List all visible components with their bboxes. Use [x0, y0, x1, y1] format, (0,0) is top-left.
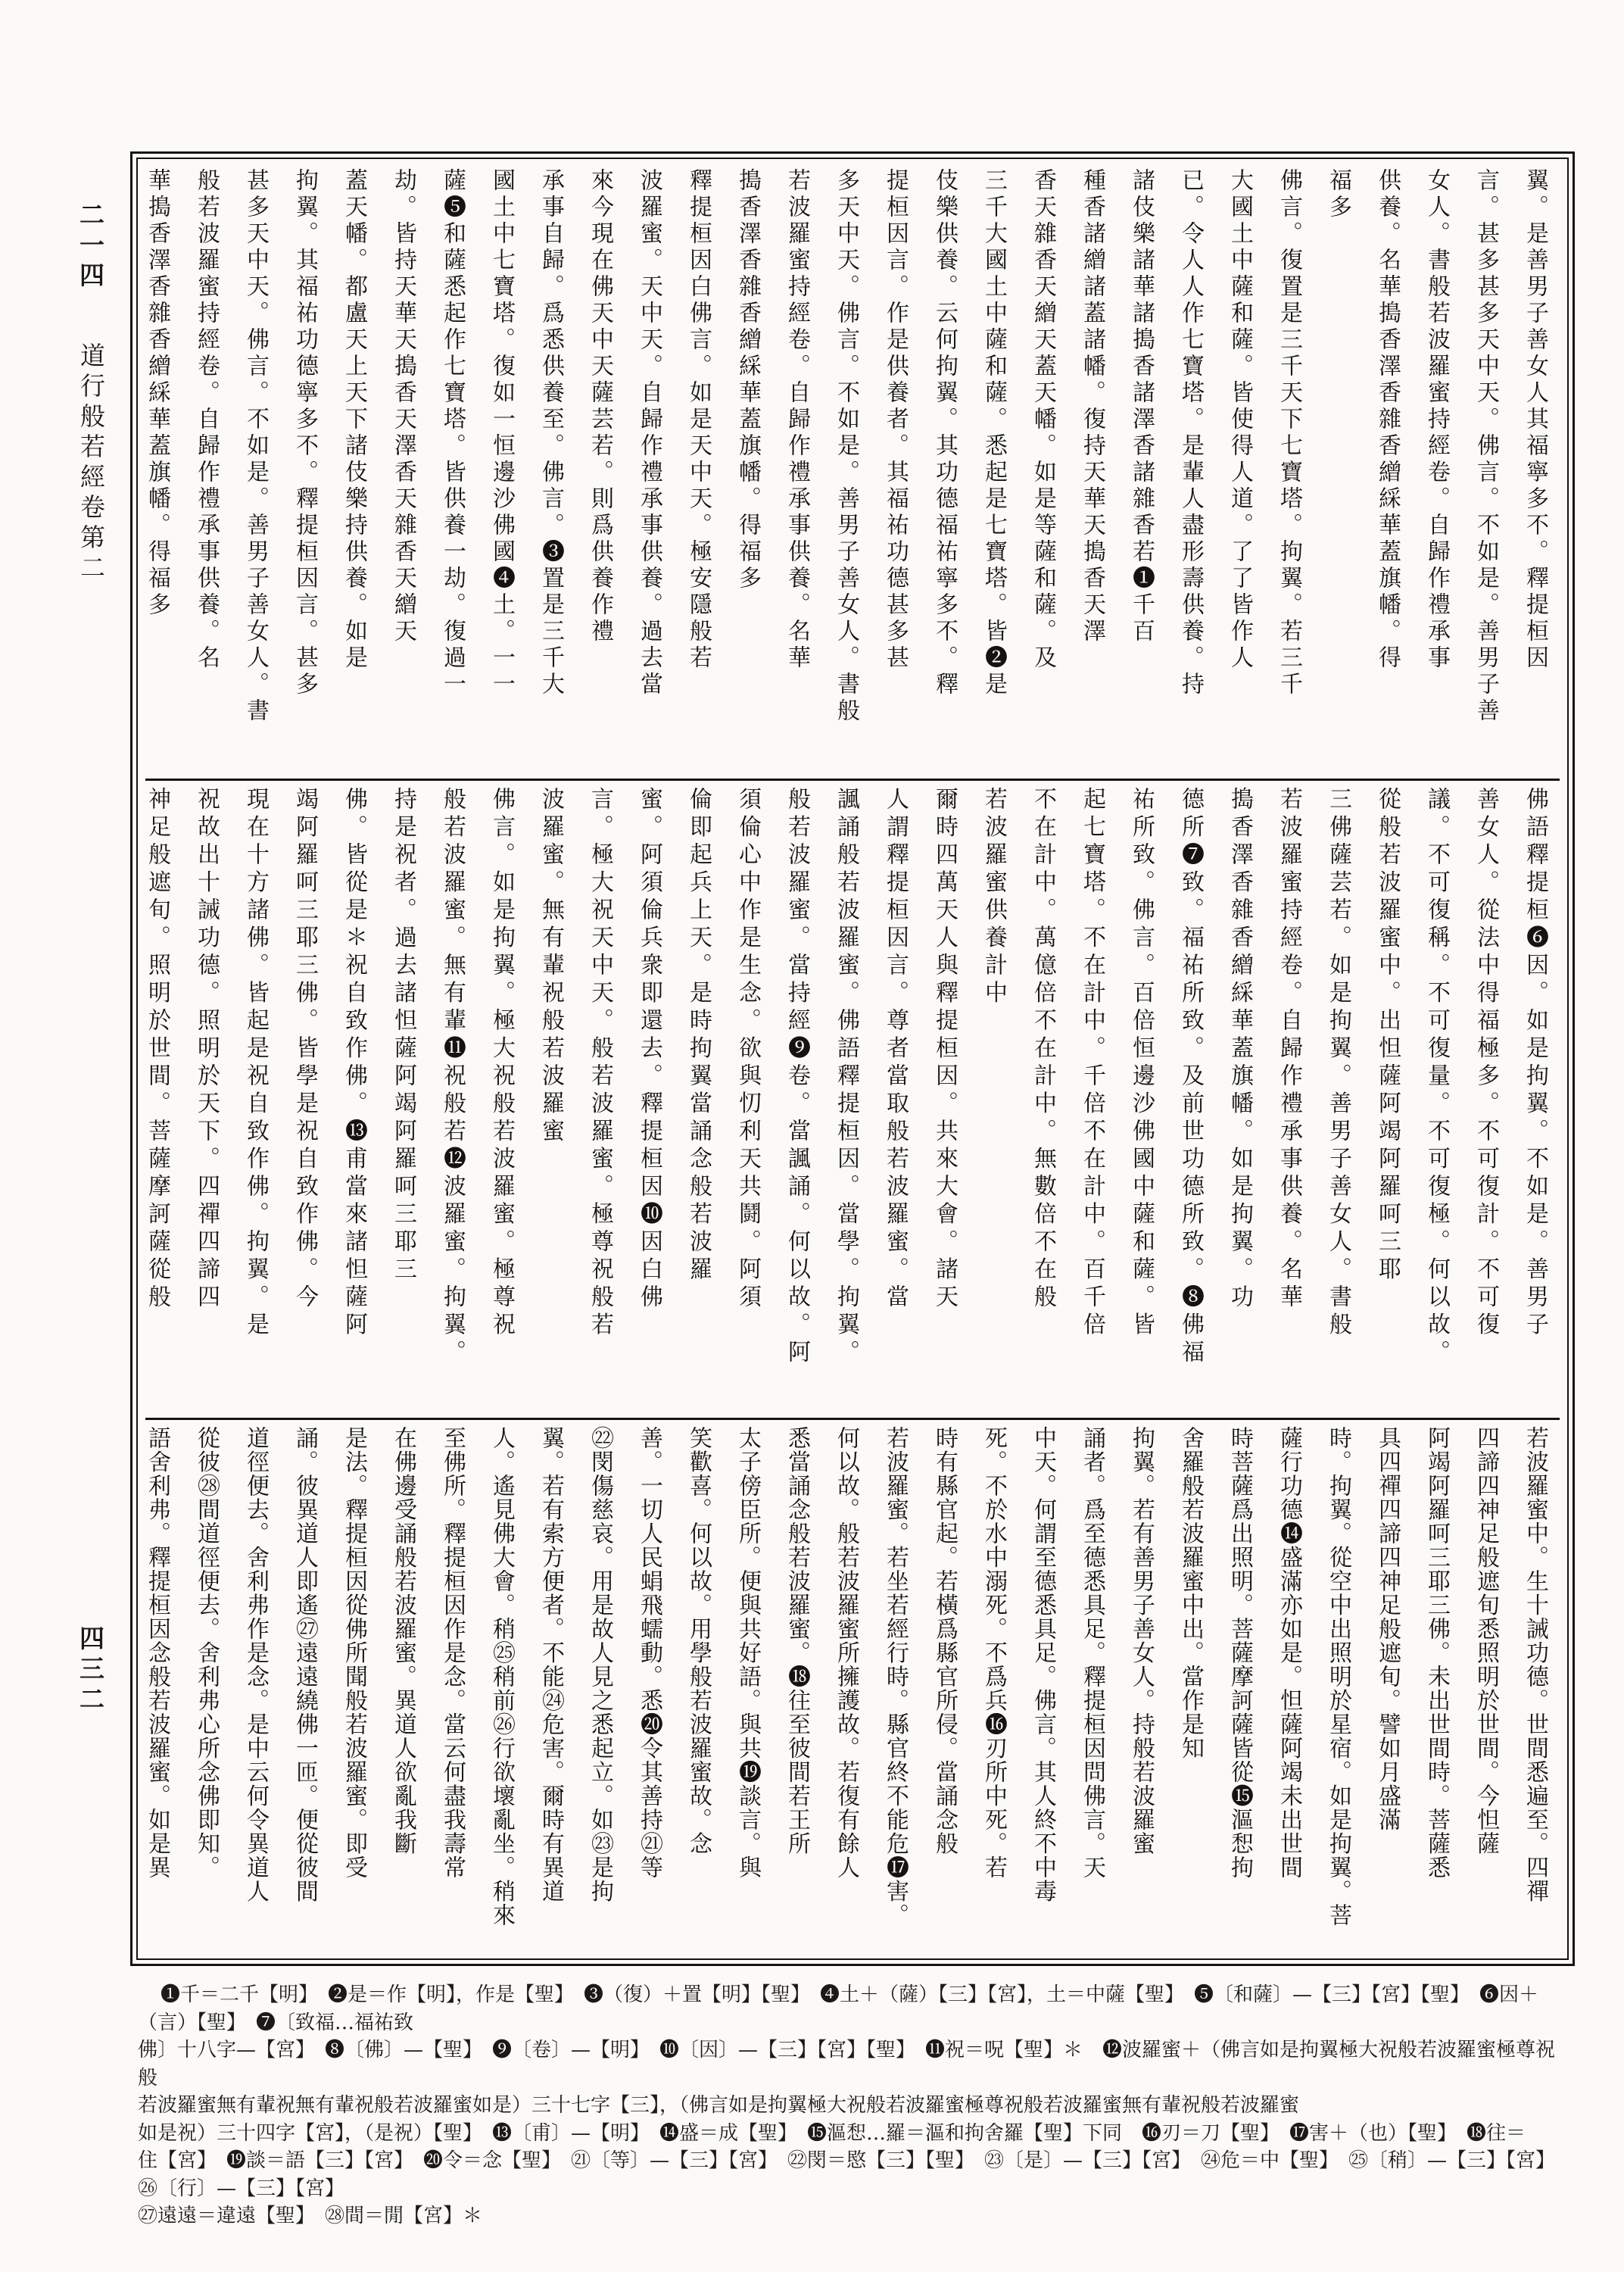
footnote-line: 住【宮】 ⓳談＝語【三】【宮】 ⓴令＝念【聖】 ㉑〔等〕—【三】【宮】 ㉒閔＝愍…: [138, 2147, 1573, 2202]
scanned-sutra-page: 二一四 道行般若經卷第二 四三二 翼。是善男子善女人其福寧多不。釋提桓因 言。甚…: [0, 0, 1624, 2272]
text-register-bottom: 若波羅蜜中。生十誡功德。世間悉遍至。四禪 四諦四神足般遮旬悉照明於世間。今怛薩 …: [145, 1418, 1560, 1939]
footnote-line: 佛〕十八字—【宮】 ❽〔佛〕—【聖】 ❾〔卷〕—【明】 ❿〔因〕—【三】【宮】【…: [138, 2036, 1573, 2092]
footnote-line: 若波羅蜜無有輩祝無有輩祝般若波羅蜜如是）三十七字【三】，（佛言如是拘翼極大祝般若…: [138, 2092, 1573, 2120]
footnote-line: 如是祝）三十四字【宮】，（是祝）【聖】 ⓭〔甫〕—【明】 ⓮盛＝成【聖】 ⓯漚惒…: [138, 2120, 1573, 2148]
text-register-top: 翼。是善男子善女人其福寧多不。釋提桓因 言。甚多甚多天中天。佛言。不如是。善男子…: [145, 168, 1560, 779]
footnote-apparatus: ❶千＝二千【明】 ❷是＝作【明】，作是【聖】 ❸（復）＋置【明】【聖】 ❹土＋（…: [138, 1981, 1573, 2230]
margin-page-number-bottom: 四三二: [73, 1625, 108, 1716]
text-frame-outer-border: 翼。是善男子善女人其福寧多不。釋提桓因 言。甚多甚多天中天。佛言。不如是。善男子…: [130, 151, 1575, 1966]
text-frame-inner-border: 翼。是善男子善女人其福寧多不。釋提桓因 言。甚多甚多天中天。佛言。不如是。善男子…: [136, 158, 1569, 1960]
text-register-middle: 佛語釋提桓❻因。如是拘翼。不如是。善男子 善女人。從法中得福極多。不可復計。不可…: [145, 779, 1560, 1418]
footnote-line: ㉗遠遠＝違遠【聖】 ㉘間＝閒【宮】＊: [138, 2202, 1573, 2230]
footnote-line: ❶千＝二千【明】 ❷是＝作【明】，作是【聖】 ❸（復）＋置【明】【聖】 ❹土＋（…: [138, 1981, 1573, 2036]
margin-folio-number-top: 二一四: [73, 201, 108, 292]
margin-running-title: 道行般若經卷第二: [73, 342, 109, 585]
